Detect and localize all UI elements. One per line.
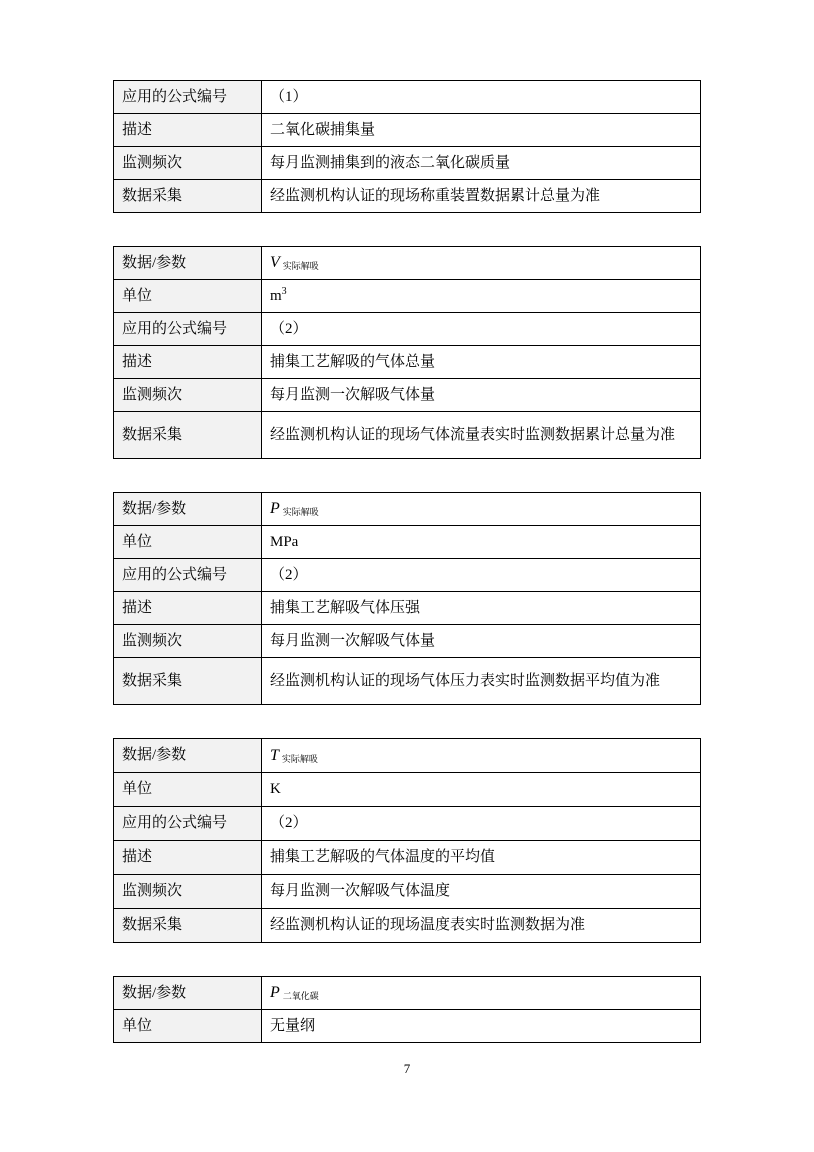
row-label: 单位 [114,280,262,313]
variable-subscript: 实际解吸 [283,507,319,517]
row-label: 描述 [114,346,262,379]
variable-symbol: T [270,747,279,764]
row-value: （2） [262,559,701,592]
table-row: 描述 二氧化碳捕集量 [114,114,701,147]
row-label: 数据/参数 [114,493,262,526]
variable-subscript: 实际解吸 [283,261,319,271]
param-table-v-desorption: 数据/参数 V实际解吸 单位 m3 应用的公式编号 （2） 描述 捕集工艺解吸的… [113,246,701,459]
variable-symbol: P [270,984,280,1001]
variable-symbol: V [270,254,280,271]
row-value: （1） [262,81,701,114]
table-row: 数据采集 经监测机构认证的现场气体压力表实时监测数据平均值为准 [114,658,701,705]
row-value: 无量纲 [262,1010,701,1043]
table-row: 应用的公式编号 （2） [114,313,701,346]
row-value: 每月监测捕集到的液态二氧化碳质量 [262,147,701,180]
row-value: 每月监测一次解吸气体量 [262,379,701,412]
table-row: 应用的公式编号 （1） [114,81,701,114]
row-value: P二氧化碳 [262,977,701,1010]
row-value: V实际解吸 [262,247,701,280]
variable-subscript: 实际解吸 [282,754,318,764]
row-label: 数据采集 [114,412,262,459]
param-table-t-desorption: 数据/参数 T实际解吸 单位 K 应用的公式编号 （2） 描述 捕集工艺解吸的气… [113,738,701,943]
param-table-p-co2: 数据/参数 P二氧化碳 单位 无量纲 [113,976,701,1043]
table-row: 数据采集 经监测机构认证的现场称重装置数据累计总量为准 [114,180,701,213]
variable-symbol: P [270,500,280,517]
table-row: 描述 捕集工艺解吸气体压强 [114,592,701,625]
table-row: 数据/参数 T实际解吸 [114,739,701,773]
row-label: 应用的公式编号 [114,313,262,346]
row-label: 监测频次 [114,875,262,909]
row-value: m3 [262,280,701,313]
table-row: 应用的公式编号 （2） [114,559,701,592]
row-value: 每月监测一次解吸气体温度 [262,875,701,909]
table-row: 数据/参数 P二氧化碳 [114,977,701,1010]
unit-base: m [270,288,282,304]
table-row: 单位 无量纲 [114,1010,701,1043]
row-value: 捕集工艺解吸的气体温度的平均值 [262,841,701,875]
row-label: 描述 [114,841,262,875]
row-value: 经监测机构认证的现场气体流量表实时监测数据累计总量为准 [262,412,701,459]
row-value: K [262,773,701,807]
table-row: 数据/参数 P实际解吸 [114,493,701,526]
row-label: 数据/参数 [114,977,262,1010]
row-label: 应用的公式编号 [114,559,262,592]
row-value: 二氧化碳捕集量 [262,114,701,147]
row-value: P实际解吸 [262,493,701,526]
document-body: 应用的公式编号 （1） 描述 二氧化碳捕集量 监测频次 每月监测捕集到的液态二氧… [113,80,701,1076]
table-row: 单位 K [114,773,701,807]
row-label: 数据/参数 [114,247,262,280]
unit-superscript: 3 [282,286,287,297]
row-label: 监测频次 [114,625,262,658]
row-label: 数据采集 [114,909,262,943]
row-label: 描述 [114,592,262,625]
param-table-p-desorption: 数据/参数 P实际解吸 单位 MPa 应用的公式编号 （2） 描述 捕集工艺解吸… [113,492,701,705]
table-row: 单位 MPa [114,526,701,559]
table-row: 数据采集 经监测机构认证的现场温度表实时监测数据为准 [114,909,701,943]
table-row: 单位 m3 [114,280,701,313]
row-value: MPa [262,526,701,559]
row-label: 单位 [114,526,262,559]
row-value: T实际解吸 [262,739,701,773]
table-row: 监测频次 每月监测一次解吸气体温度 [114,875,701,909]
table-row: 描述 捕集工艺解吸的气体总量 [114,346,701,379]
row-label: 监测频次 [114,147,262,180]
row-label: 数据采集 [114,180,262,213]
row-label: 单位 [114,1010,262,1043]
row-value: 捕集工艺解吸气体压强 [262,592,701,625]
row-value: （2） [262,313,701,346]
row-value: 经监测机构认证的现场称重装置数据累计总量为准 [262,180,701,213]
table-row: 监测频次 每月监测一次解吸气体量 [114,379,701,412]
row-label: 数据采集 [114,658,262,705]
row-label: 应用的公式编号 [114,807,262,841]
variable-subscript: 二氧化碳 [283,991,319,1001]
row-label: 数据/参数 [114,739,262,773]
table-row: 监测频次 每月监测一次解吸气体量 [114,625,701,658]
row-label: 单位 [114,773,262,807]
row-label: 描述 [114,114,262,147]
row-value: 经监测机构认证的现场气体压力表实时监测数据平均值为准 [262,658,701,705]
row-value: 经监测机构认证的现场温度表实时监测数据为准 [262,909,701,943]
row-value: 捕集工艺解吸的气体总量 [262,346,701,379]
table-row: 监测频次 每月监测捕集到的液态二氧化碳质量 [114,147,701,180]
row-label: 应用的公式编号 [114,81,262,114]
row-value: （2） [262,807,701,841]
table-row: 描述 捕集工艺解吸的气体温度的平均值 [114,841,701,875]
table-row: 应用的公式编号 （2） [114,807,701,841]
row-label: 监测频次 [114,379,262,412]
table-row: 数据/参数 V实际解吸 [114,247,701,280]
param-table-co2-capture: 应用的公式编号 （1） 描述 二氧化碳捕集量 监测频次 每月监测捕集到的液态二氧… [113,80,701,213]
row-value: 每月监测一次解吸气体量 [262,625,701,658]
page-number: 7 [0,1061,814,1077]
table-row: 数据采集 经监测机构认证的现场气体流量表实时监测数据累计总量为准 [114,412,701,459]
